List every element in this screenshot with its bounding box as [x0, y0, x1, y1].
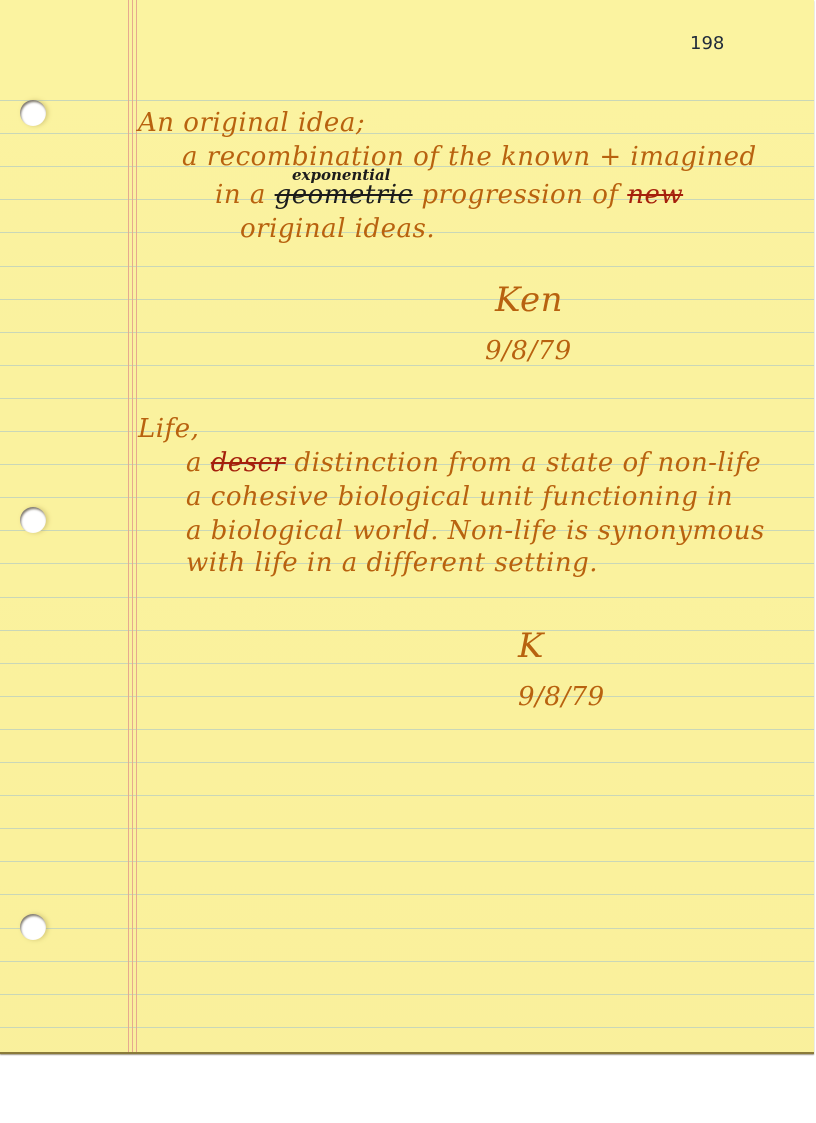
rule-line: [0, 961, 814, 962]
note2-line1: a descr distinction from a state of non-…: [186, 448, 761, 478]
margin-line: [128, 0, 129, 1052]
signature: Ken: [495, 280, 563, 320]
struck-word: new: [627, 180, 683, 210]
punch-hole: [20, 507, 46, 533]
note1-line1: a recombination of the known + imagined: [182, 142, 757, 172]
rule-line: [0, 299, 814, 300]
rule-line: [0, 1027, 814, 1028]
date: 9/8/79: [518, 682, 605, 712]
note2-line4: with life in a different setting.: [186, 548, 598, 578]
note1-title: An original idea;: [138, 108, 365, 138]
struck-word: descr: [211, 448, 286, 478]
legal-pad-page: 198 An original idea; a recombination of…: [0, 0, 814, 1054]
rule-line: [0, 431, 814, 432]
note1-line2: in a geometric progression of new: [215, 180, 683, 210]
rule-line: [0, 365, 814, 366]
rule-line: [0, 133, 814, 134]
date: 9/8/79: [485, 336, 572, 366]
margin-line: [132, 0, 133, 1052]
rule-line: [0, 795, 814, 796]
rule-line: [0, 928, 814, 929]
rule-line: [0, 994, 814, 995]
note2-title: Life,: [138, 414, 199, 444]
punch-hole: [20, 100, 46, 126]
rule-line: [0, 597, 814, 598]
rule-line: [0, 630, 814, 631]
note1-line3: original ideas.: [240, 214, 435, 244]
rule-line: [0, 762, 814, 763]
rule-line: [0, 663, 814, 664]
signature: K: [518, 626, 544, 666]
rule-line: [0, 894, 814, 895]
rule-line: [0, 100, 814, 101]
rule-line: [0, 398, 814, 399]
page-number: 198: [690, 33, 724, 54]
rule-line: [0, 332, 814, 333]
rule-line: [0, 266, 814, 267]
punch-hole: [20, 914, 46, 940]
note2-line2: a cohesive biological unit functioning i…: [186, 482, 733, 512]
note2-line3: a biological world. Non-life is synonymo…: [186, 516, 765, 546]
struck-word: geometric: [275, 180, 413, 210]
inserted-word: exponential: [292, 166, 390, 184]
rule-line: [0, 729, 814, 730]
margin-line: [136, 0, 137, 1052]
rule-line: [0, 696, 814, 697]
rule-line: [0, 828, 814, 829]
rule-line: [0, 861, 814, 862]
